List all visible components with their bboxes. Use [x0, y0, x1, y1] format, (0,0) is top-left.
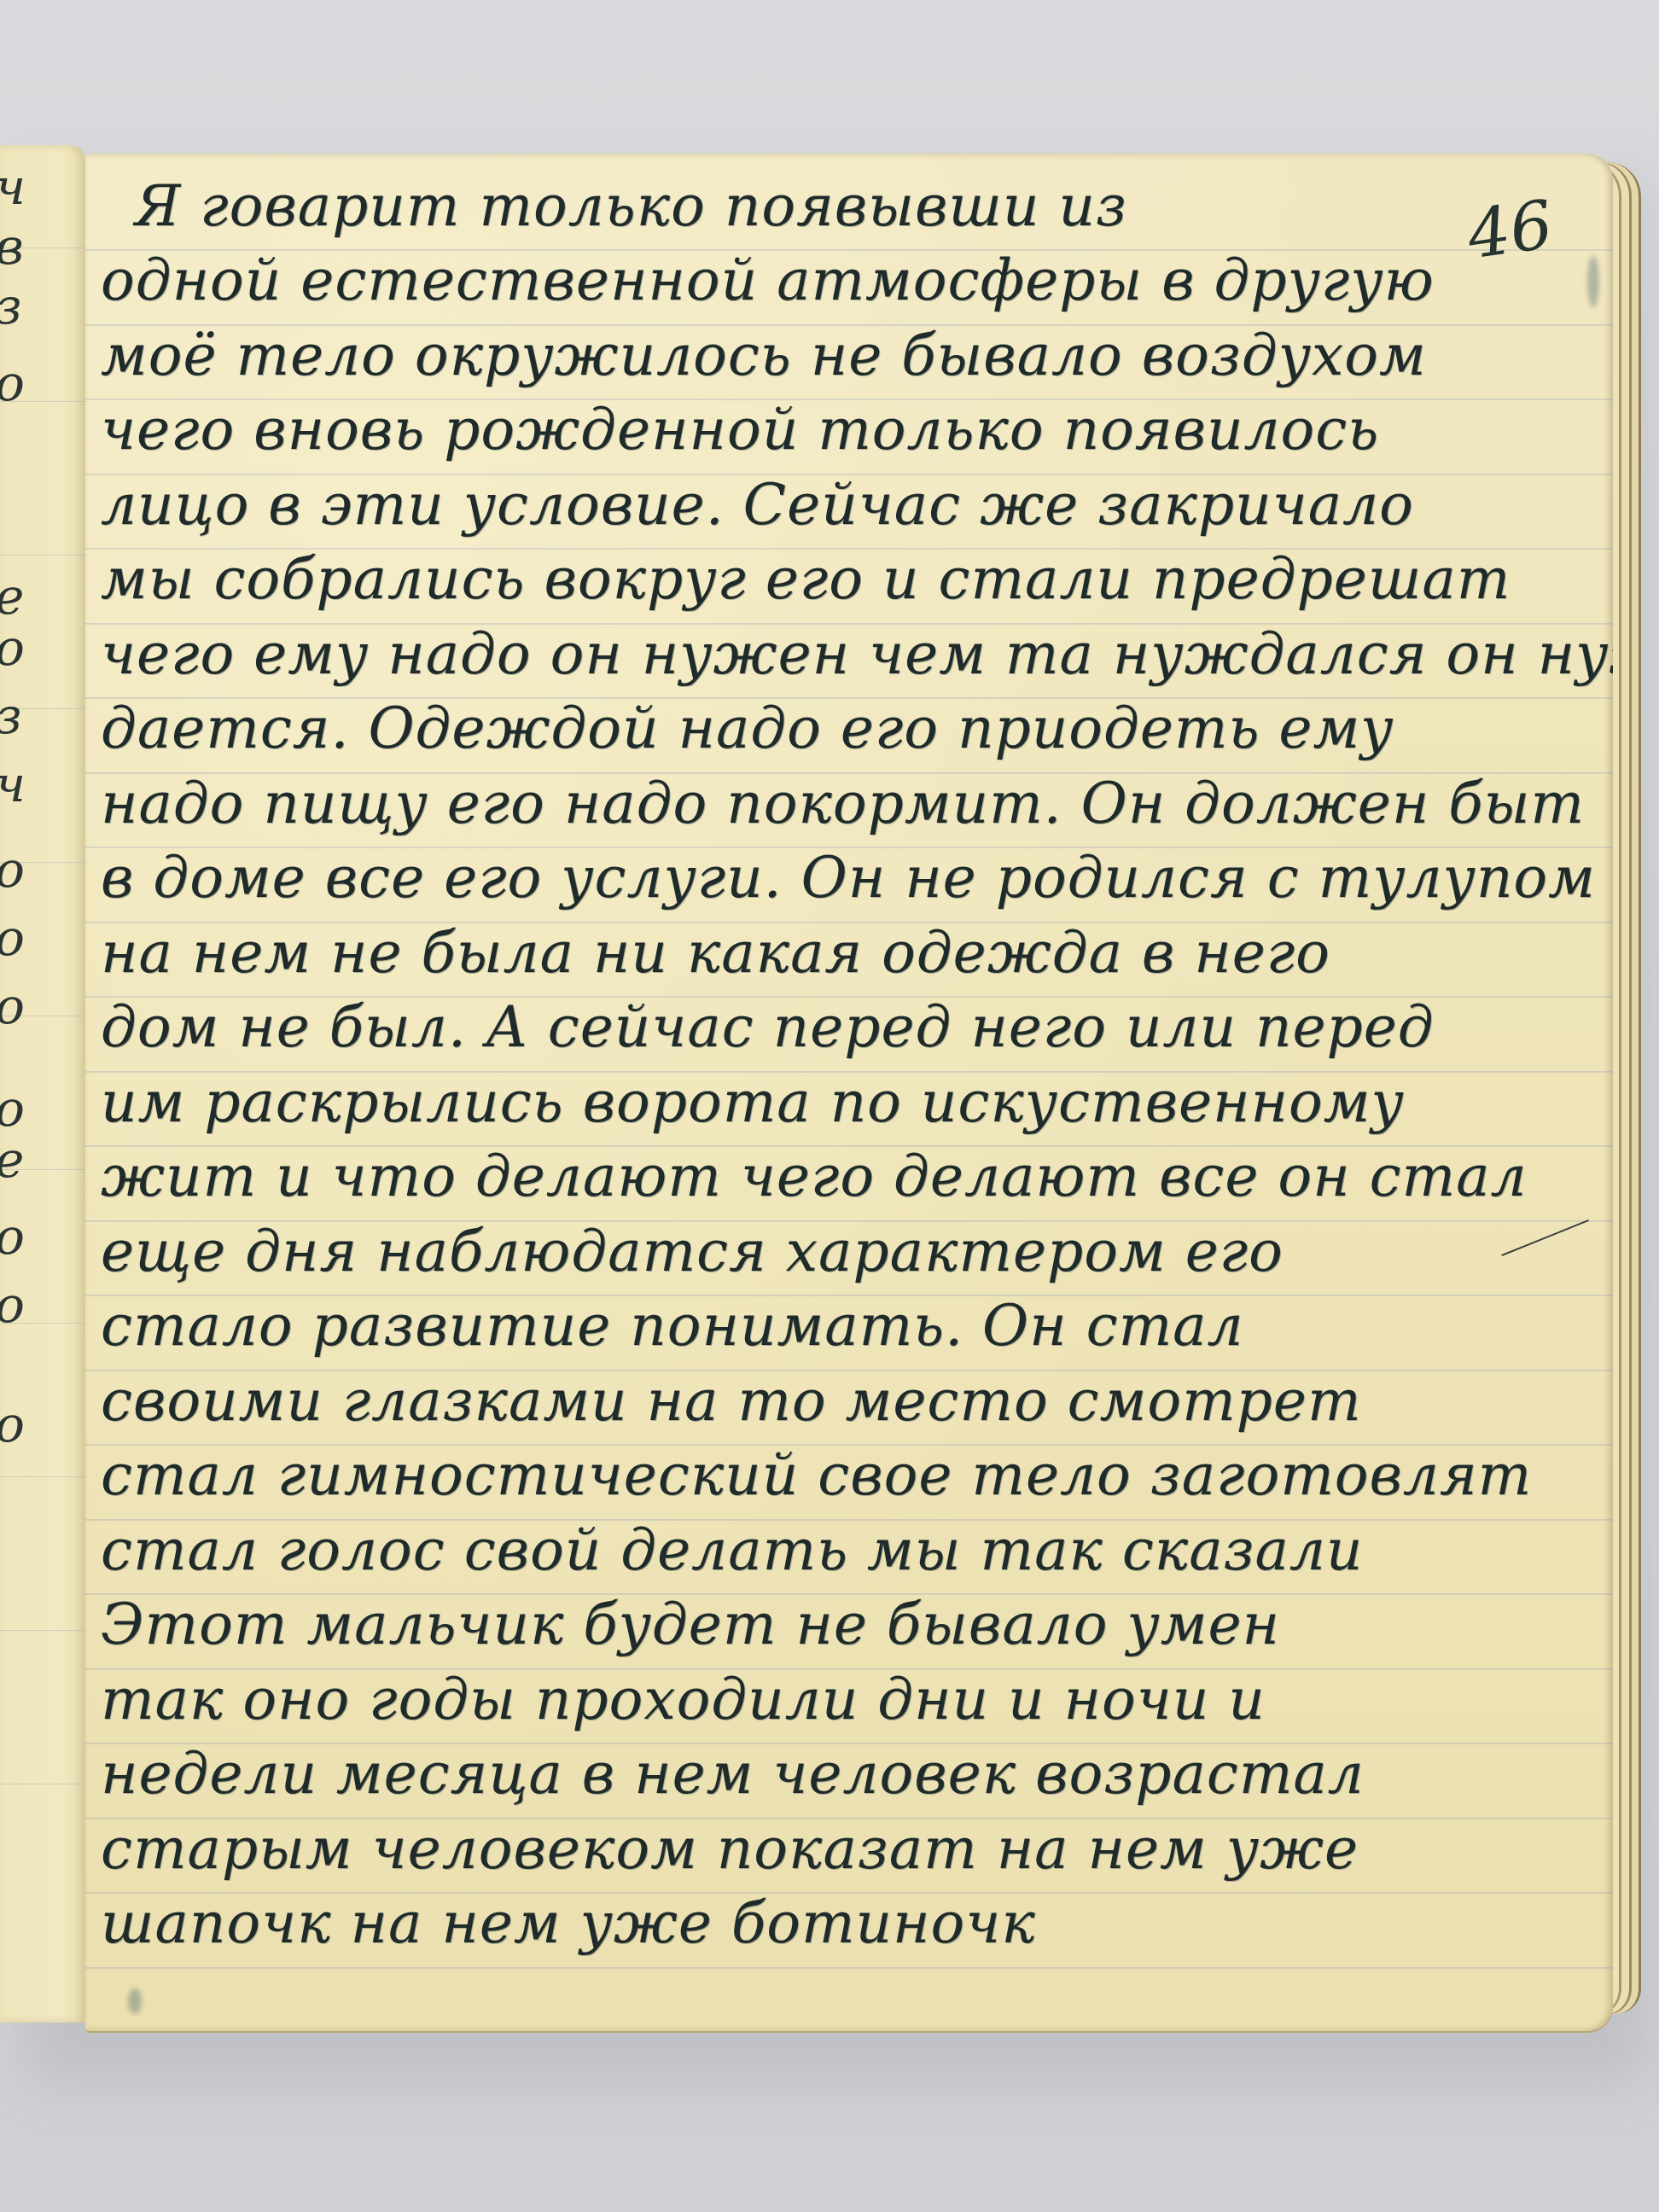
ruling-line	[0, 555, 85, 556]
text-line: стал гимностический свое тело заготовлят	[101, 1441, 1543, 1516]
text-line: чего вновь рожденной только появилось	[101, 395, 1543, 470]
text-line: недели месяца в нем человек возрастал	[101, 1739, 1543, 1814]
previous-page-letter: е	[0, 1135, 24, 1185]
text-line: старым человеком показат на нем уже	[101, 1813, 1543, 1889]
previous-page-letter: о	[0, 358, 25, 408]
text-line: Я говарит только появывши из	[101, 171, 1543, 246]
text-line: им раскрылись ворота по искуственному	[101, 1067, 1543, 1142]
text-line: так оно годы проходили дни и ночи и	[101, 1664, 1543, 1739]
previous-page-letter: о	[0, 1400, 25, 1449]
text-line: своими глазками на то место смотрет	[101, 1365, 1543, 1441]
previous-page-letter: о	[0, 1084, 25, 1133]
ruling-line	[0, 1784, 85, 1784]
previous-page-letter: о	[0, 1280, 25, 1330]
text-line: в доме все его услуги. Он не родился с т…	[101, 843, 1543, 918]
previous-page-letter: е	[0, 572, 24, 621]
text-line: дом не был. А сейчас перед него или пере…	[101, 992, 1543, 1068]
text-line: чего ему надо он нужен чем та нуждался о…	[101, 619, 1543, 694]
text-line: стал голос свой делать мы так сказали	[101, 1515, 1543, 1590]
ink-stain	[1587, 256, 1599, 307]
text-line: Этот мальчик будет не бывало умен	[101, 1590, 1543, 1665]
previous-page-letter: о	[0, 623, 25, 672]
text-line: еще дня наблюдатся характером его	[101, 1216, 1543, 1291]
previous-page-edge: ч в з о е о з ч о о о о е о о о	[0, 145, 85, 2023]
ruling-line	[0, 1476, 85, 1477]
previous-page-letter: з	[0, 691, 22, 741]
previous-page-letter: о	[0, 913, 25, 963]
text-line: шапочк на нем уже ботиночк	[101, 1889, 1543, 1964]
notebook-page: 46 Я говарит только появывши из одной ес…	[85, 154, 1613, 2031]
text-line: лицо в эти условие. Сейчас же закричало	[101, 469, 1543, 544]
text-line: дается. Одеждой надо его приодеть ему	[101, 694, 1543, 769]
text-line: моё тело окружилось не бывало воздухом	[101, 320, 1543, 395]
text-line: жит и что делают чего делают все он стал	[101, 1142, 1543, 1217]
text-line: на нем не была ни какая одежда в него	[101, 917, 1543, 992]
text-line: надо пищу его надо покормит. Он должен б…	[101, 768, 1543, 843]
previous-page-letter: о	[0, 1212, 25, 1261]
text-line: мы собрались вокруг его и стали предреша…	[101, 544, 1543, 620]
notebook-photo-scene: ч в з о е о з ч о о о о е о о о	[0, 0, 1659, 2212]
previous-page-letter: ч	[0, 760, 26, 809]
previous-page-letter: о	[0, 981, 25, 1031]
previous-page-letter: ч	[0, 162, 26, 212]
ink-stain	[128, 1988, 142, 2014]
handwritten-text-block: Я говарит только появывши из одной естес…	[101, 171, 1543, 1963]
previous-page-letter: о	[0, 845, 25, 894]
text-line: одной естественной атмосферы в другую	[101, 246, 1543, 321]
text-line: стало развитие понимать. Он стал	[101, 1291, 1543, 1366]
ruling-line	[85, 1967, 1613, 1969]
previous-page-letter: з	[0, 282, 22, 331]
ruling-line	[0, 1630, 85, 1631]
previous-page-letter: в	[0, 222, 24, 271]
